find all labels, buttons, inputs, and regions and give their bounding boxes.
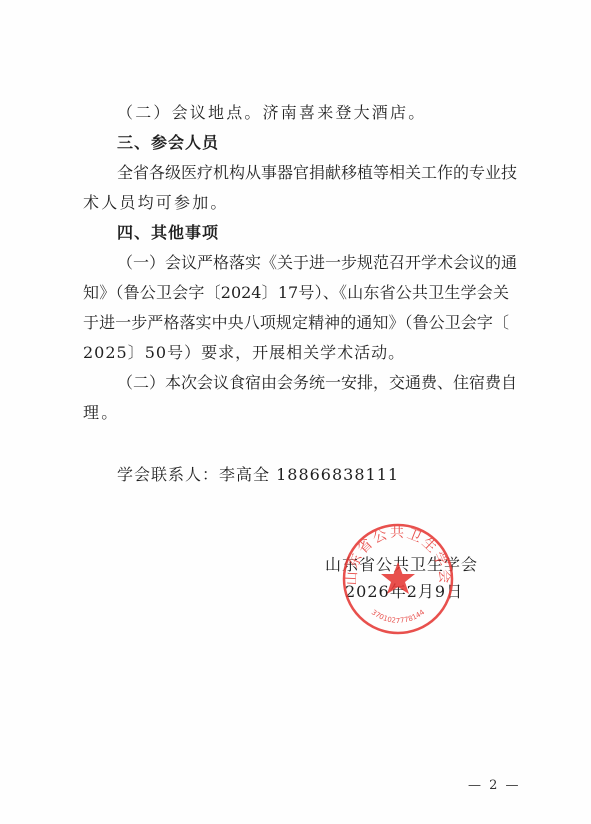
other-item-1-line-2: 知》（鲁公卫会字〔2024〕17号）、《山东省公共卫生学会关 (83, 283, 509, 303)
other-item-2-line-2: 理。 (83, 403, 509, 423)
contact-line: 学会联系人：李高全 18866838111 (117, 465, 543, 485)
other-item-2-line-1: （二）本次会议食宿由会务统一安排，交通费、住宿费自 (117, 373, 509, 393)
section-heading-participants: 三、参会人员 (117, 133, 543, 153)
section-heading-other: 四、其他事项 (117, 223, 543, 243)
document-page: （二）会议地点。济南喜来登大酒店。 三、参会人员 全省各级医疗机构从事器官捐献移… (0, 0, 591, 824)
svg-text:3701027778144: 3701027778144 (370, 608, 427, 625)
other-item-1-line-1: （一）会议严格落实《关于进一步规范召开学术会议的通 (117, 253, 509, 273)
participants-text-line-1: 全省各级医疗机构从事器官捐献移植等相关工作的专业技 (117, 163, 509, 183)
other-item-1-line-3: 于进一步严格落实中央八项规定精神的通知》（鲁公卫会字〔 (83, 313, 509, 333)
page-number: — 2 — (468, 778, 521, 793)
participants-text-line-2: 术人员均可参加。 (83, 193, 509, 213)
official-seal-icon: 山东省公共卫生学会 3701027778144 (341, 522, 455, 636)
meeting-location-line: （二）会议地点。济南喜来登大酒店。 (117, 103, 543, 123)
other-item-1-line-4: 2025〕50号）要求，开展相关学术活动。 (83, 343, 509, 363)
